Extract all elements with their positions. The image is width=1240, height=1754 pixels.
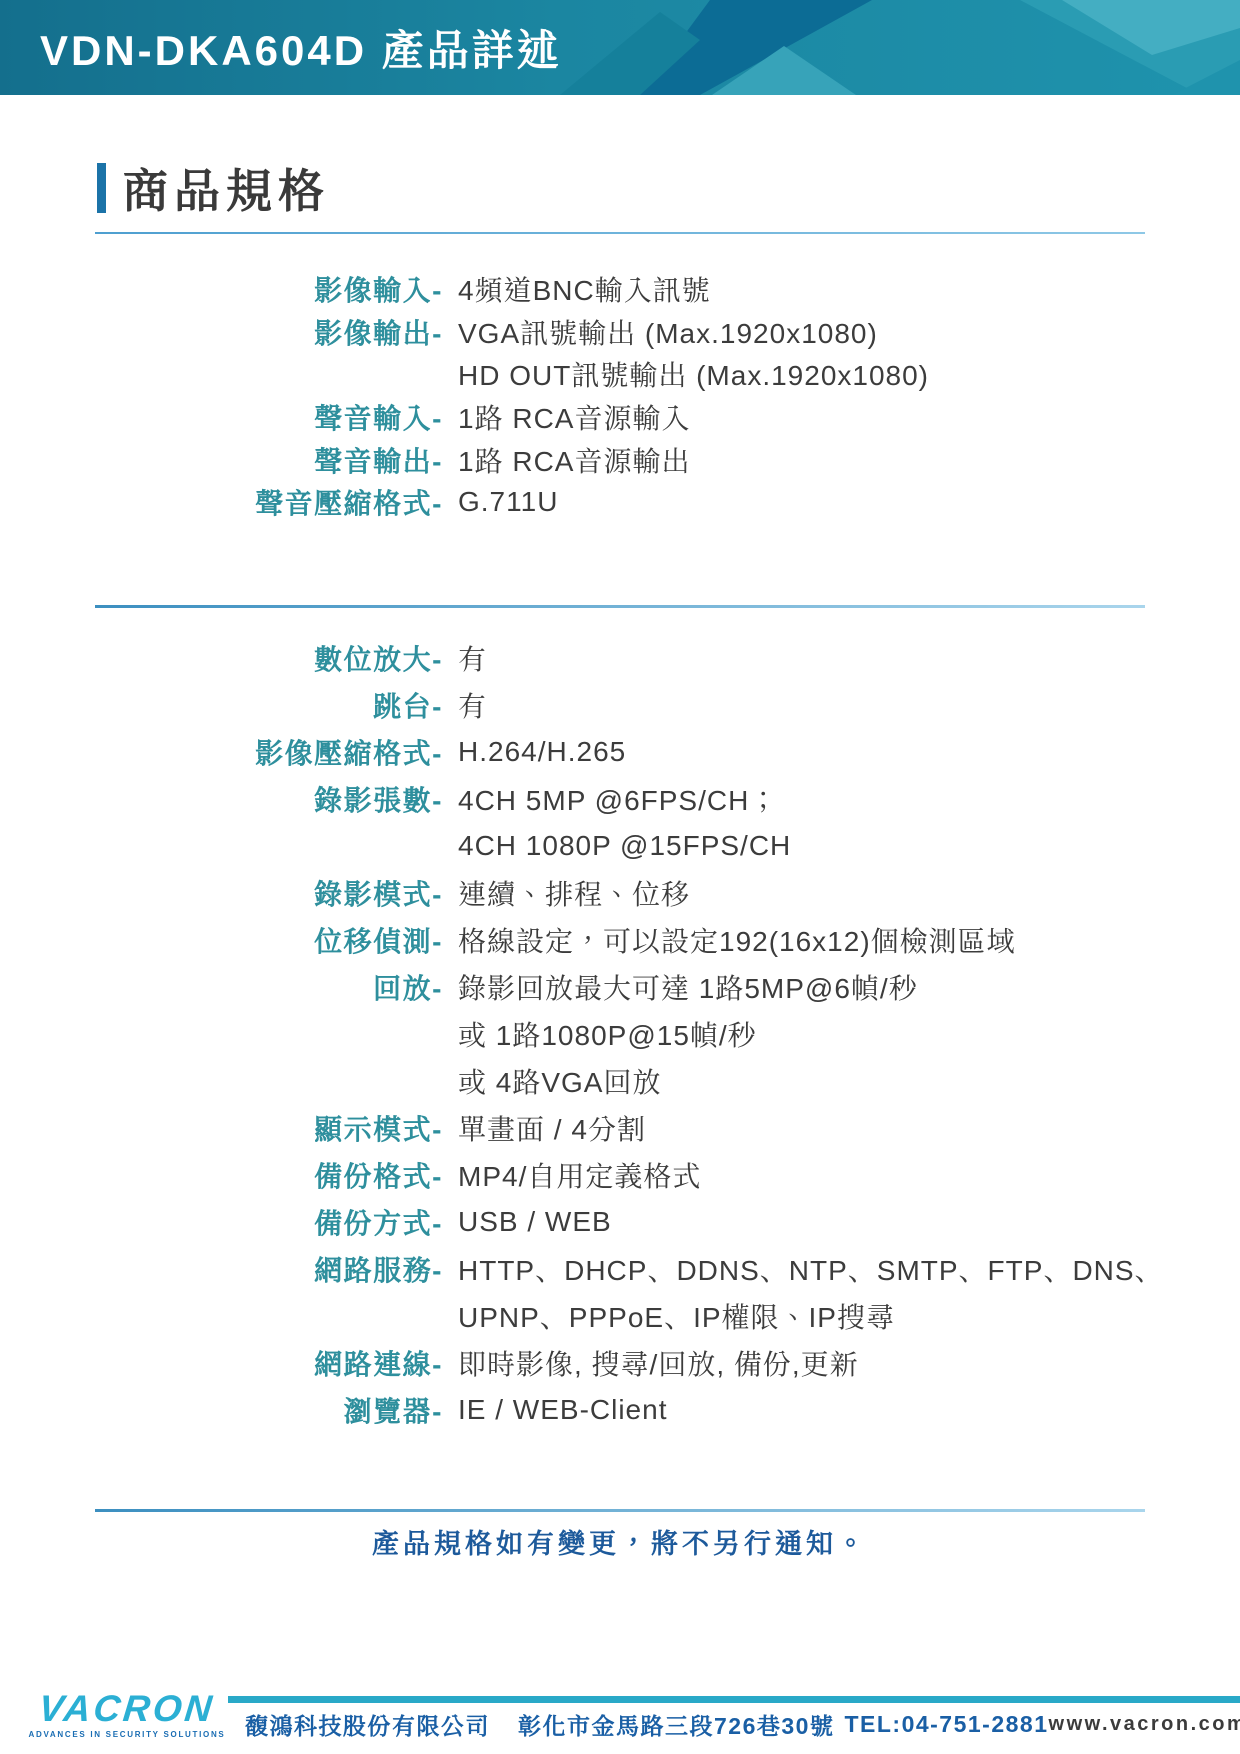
spec-value: 4CH 1080P @15FPS/CH [458, 830, 791, 862]
spec-row-line: 影像壓縮格式-H.264/H.265 [0, 728, 1240, 775]
vacron-logo: VACRON ADVANCES IN SECURITY SOLUTIONS [22, 1690, 232, 1739]
spec-row-line: HD OUT訊號輸出 (Max.1920x1080) [0, 353, 1240, 396]
spec-value: UPNP、PPPoE、IP權限、IP搜尋 [458, 1296, 895, 1336]
spec-value: 即時影像, 搜尋/回放, 備份,更新 [458, 1343, 859, 1383]
spec-row-line: 或 1路1080P@15幀/秒 [0, 1010, 1240, 1057]
spec-group-1: 影像輸入-4頻道BNC輸入訊號影像輸出-VGA訊號輸出 (Max.1920x10… [0, 268, 1240, 524]
vacron-logo-tagline: ADVANCES IN SECURITY SOLUTIONS [22, 1730, 232, 1739]
section-title: 商品規格 [122, 155, 330, 221]
page-title: VDN-DKA604D 產品詳述 [40, 0, 562, 95]
spec-row-line: 顯示模式-單畫面 / 4分割 [0, 1104, 1240, 1151]
spec-label: 位移偵測- [0, 920, 443, 960]
spec-label: 備份格式- [0, 1155, 443, 1195]
spec-value: HD OUT訊號輸出 (Max.1920x1080) [458, 354, 929, 394]
spec-label: 聲音輸出- [0, 440, 443, 480]
spec-row-line: UPNP、PPPoE、IP權限、IP搜尋 [0, 1292, 1240, 1339]
spec-value: H.264/H.265 [458, 736, 626, 768]
spec-label: 網路連線- [0, 1343, 443, 1383]
spec-value: G.711U [458, 486, 558, 518]
spec-label: 回放- [0, 967, 443, 1007]
spec-value: 或 1路1080P@15幀/秒 [458, 1014, 757, 1054]
spec-row-line: 備份格式-MP4/自用定義格式 [0, 1151, 1240, 1198]
divider-line [95, 605, 1145, 608]
vacron-logo-text: VACRON [37, 1690, 216, 1727]
spec-label: 網路服務- [0, 1249, 443, 1289]
spec-value: HTTP、DHCP、DDNS、NTP、SMTP、FTP、DNS、 [458, 1249, 1164, 1289]
spec-label: 備份方式- [0, 1202, 443, 1242]
spec-row-line: 錄影模式-連續、排程、位移 [0, 869, 1240, 916]
product-spec-page: VDN-DKA604D 產品詳述 商品規格 影像輸入-4頻道BNC輸入訊號影像輸… [0, 0, 1240, 1754]
spec-value: IE / WEB-Client [458, 1394, 667, 1426]
spec-value: 有 [458, 638, 487, 678]
spec-row-line: 位移偵測-格線設定，可以設定192(16x12)個檢測區域 [0, 916, 1240, 963]
footer-company-info: 馥鴻科技股份有限公司 彰化市金馬路三段726巷30號 TEL:04-751-28… [245, 1708, 1049, 1741]
spec-row-line: 或 4路VGA回放 [0, 1057, 1240, 1104]
spec-row-line: 影像輸入-4頻道BNC輸入訊號 [0, 268, 1240, 311]
page-header: VDN-DKA604D 產品詳述 [0, 0, 1240, 95]
spec-label: 影像輸入- [0, 269, 443, 309]
spec-row-line: 數位放大-有 [0, 634, 1240, 681]
spec-row-line: 聲音輸出-1路 RCA音源輸出 [0, 438, 1240, 481]
spec-value: USB / WEB [458, 1206, 612, 1238]
spec-row-line: 聲音輸入-1路 RCA音源輸入 [0, 396, 1240, 439]
section-underline [95, 232, 1145, 234]
spec-label: 錄影張數- [0, 779, 443, 819]
spec-label: 瀏覽器- [0, 1390, 443, 1430]
spec-row-line: 備份方式-USB / WEB [0, 1198, 1240, 1245]
spec-row-line: 聲音壓縮格式-G.711U [0, 481, 1240, 524]
spec-label: 錄影模式- [0, 873, 443, 913]
spec-group-2: 數位放大-有跳台-有影像壓縮格式-H.264/H.265錄影張數-4CH 5MP… [0, 634, 1240, 1433]
spec-value: 有 [458, 685, 487, 725]
spec-value: 4CH 5MP @6FPS/CH； [458, 779, 778, 819]
spec-value: 格線設定，可以設定192(16x12)個檢測區域 [458, 920, 1016, 960]
section-accent-bar [97, 163, 106, 213]
spec-value: 1路 RCA音源輸出 [458, 440, 690, 480]
spec-row-line: 影像輸出-VGA訊號輸出 (Max.1920x1080) [0, 311, 1240, 354]
footer-telephone: TEL:04-751-2881 [844, 1711, 1048, 1738]
spec-row-line: 網路連線-即時影像, 搜尋/回放, 備份,更新 [0, 1339, 1240, 1386]
spec-change-note: 產品規格如有變更，將不另行通知。 [0, 1522, 1240, 1561]
spec-row-line: 4CH 1080P @15FPS/CH [0, 822, 1240, 869]
spec-value: 或 4路VGA回放 [458, 1061, 661, 1101]
footer-info-row: 馥鴻科技股份有限公司 彰化市金馬路三段726巷30號 TEL:04-751-28… [245, 1708, 1228, 1741]
spec-value: 單畫面 / 4分割 [458, 1108, 646, 1148]
spec-value: 1路 RCA音源輸入 [458, 397, 690, 437]
footer-address: 彰化市金馬路三段726巷30號 [518, 1708, 834, 1741]
section-heading: 商品規格 [97, 158, 330, 218]
spec-value: 4頻道BNC輸入訊號 [458, 269, 711, 309]
footer-website: www.vacron.com.tw [1049, 1713, 1240, 1736]
spec-row-line: 網路服務-HTTP、DHCP、DDNS、NTP、SMTP、FTP、DNS、 [0, 1245, 1240, 1292]
spec-row-line: 跳台-有 [0, 681, 1240, 728]
spec-row-line: 瀏覽器-IE / WEB-Client [0, 1386, 1240, 1433]
spec-label: 數位放大- [0, 638, 443, 678]
spec-value: 錄影回放最大可達 1路5MP@6幀/秒 [458, 967, 918, 1007]
spec-row-line: 錄影張數-4CH 5MP @6FPS/CH； [0, 775, 1240, 822]
spec-label: 顯示模式- [0, 1108, 443, 1148]
spec-label: 聲音壓縮格式- [0, 482, 443, 522]
divider-line [95, 1509, 1145, 1512]
spec-value: MP4/自用定義格式 [458, 1155, 701, 1195]
spec-row-line: 回放-錄影回放最大可達 1路5MP@6幀/秒 [0, 963, 1240, 1010]
spec-value: VGA訊號輸出 (Max.1920x1080) [458, 312, 878, 352]
footer-company-name: 馥鴻科技股份有限公司 [245, 1708, 490, 1741]
spec-label: 影像輸出- [0, 312, 443, 352]
footer-accent-bar [228, 1696, 1240, 1703]
spec-value: 連續、排程、位移 [458, 873, 690, 913]
spec-label: 影像壓縮格式- [0, 732, 443, 772]
spec-label: 聲音輸入- [0, 397, 443, 437]
spec-label: 跳台- [0, 685, 443, 725]
